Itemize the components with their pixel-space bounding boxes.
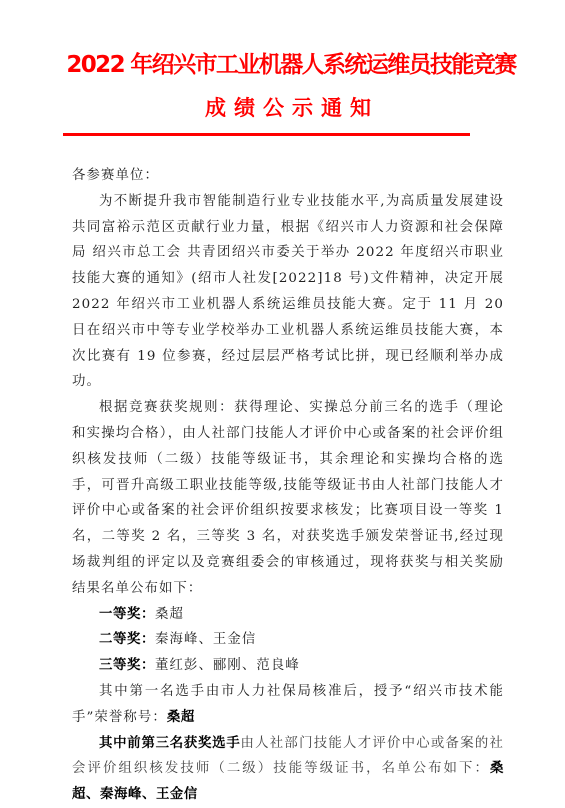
paragraph-honor-title: 其中第一名选手由市人力社保局核准后，授予“绍兴市技术能手”荣誉称号：桑超 xyxy=(72,679,504,731)
award-winners: 秦海峰、王金信 xyxy=(155,632,256,647)
certificate-lead: 其中前第三名获奖选手 xyxy=(99,736,240,751)
award-label: 一等奖： xyxy=(99,607,155,622)
paragraph-award-rules: 根据竞赛获奖规则：获得理论、实操总分前三名的选手（理论和实操均合格），由人社部门… xyxy=(72,395,504,601)
paragraph-technician-certificate: 其中前第三名获奖选手由人社部门技能人才评价中心或备案的社会评价组织核发技师（二级… xyxy=(72,731,504,808)
document-title: 2022 年绍兴市工业机器人系统运维员技能竞赛 xyxy=(0,50,565,80)
document-body: 各参赛单位： 为不断提升我市智能制造行业专业技能水平,为高质量发展建设共同富裕示… xyxy=(72,163,504,808)
award-label: 三等奖： xyxy=(99,658,155,673)
honor-text: 其中第一名选手由市人力社保局核准后，授予“绍兴市技术能手”荣誉称号： xyxy=(72,684,504,725)
award-second-prize: 二等奖：秦海峰、王金信 xyxy=(72,627,504,653)
salutation: 各参赛单位： xyxy=(72,163,504,189)
document-subtitle: 成绩公示通知 xyxy=(0,94,565,122)
honor-winner-name: 桑超 xyxy=(167,710,195,725)
award-winners: 桑超 xyxy=(155,607,184,622)
red-divider-line xyxy=(63,133,470,136)
award-first-prize: 一等奖：桑超 xyxy=(72,602,504,628)
award-label: 二等奖： xyxy=(99,632,155,647)
award-third-prize: 三等奖：董红彭、郦刚、范良峰 xyxy=(72,653,504,679)
award-winners: 董红彭、郦刚、范良峰 xyxy=(155,658,300,673)
paragraph-background: 为不断提升我市智能制造行业专业技能水平,为高质量发展建设共同富裕示范区贡献行业力… xyxy=(72,189,504,395)
